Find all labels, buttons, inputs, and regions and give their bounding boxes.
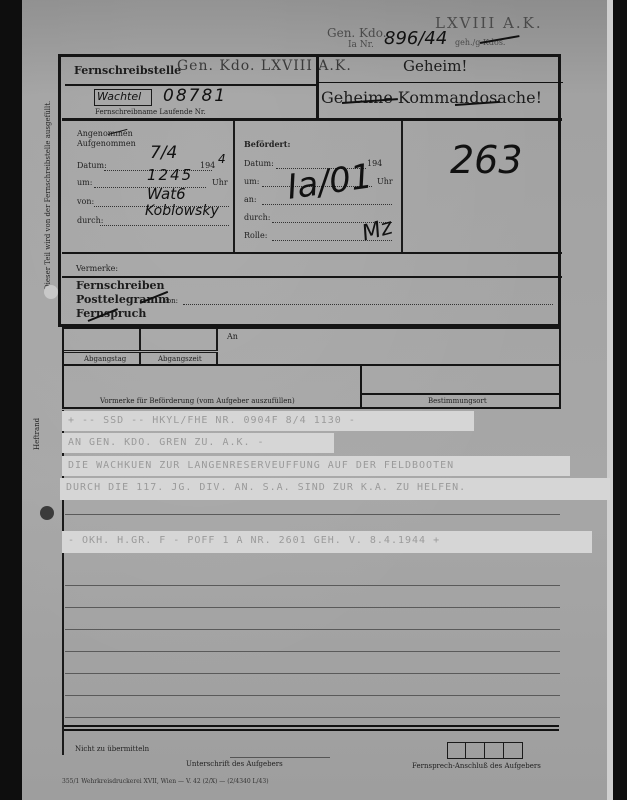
abgangszeit-label: Abgangszeit — [158, 355, 202, 363]
geheim-label: Geheim! — [403, 57, 467, 75]
geheim-underline — [318, 82, 563, 83]
ruled-line — [65, 717, 560, 718]
geheime-kommandosache-label: Geheime Kommandosache! — [321, 88, 542, 107]
fernschreibstelle-value: Gen. Kdo. LXVIII A.K. — [177, 58, 352, 74]
row-divider — [361, 393, 560, 395]
von-value: Wat6 — [147, 185, 186, 203]
punch-hole — [44, 285, 58, 299]
uhr-label: Uhr — [212, 178, 228, 187]
side-instruction-text: Dieser Teil wird von der Fernschreibstel… — [44, 101, 52, 290]
year-prefix: 194 — [200, 161, 215, 170]
type-fernschreiben: Fernschreiben — [76, 279, 170, 293]
aufgenommen-heading: Aufgenommen — [77, 139, 136, 148]
an-label: An — [227, 332, 238, 341]
phone-digit-box[interactable] — [447, 742, 466, 759]
heftrand-label: Heftrand — [33, 418, 41, 450]
bef-durch-label: durch: — [244, 213, 270, 222]
durch-label: durch: — [77, 216, 103, 225]
ruled-line — [65, 629, 560, 630]
gen-kdo-stamp: Gen. Kdo. — [327, 26, 387, 40]
phone-digit-box[interactable] — [466, 742, 485, 759]
phone-number-boxes[interactable] — [447, 742, 523, 759]
signature-line — [230, 757, 330, 758]
fernschreibname-value: Wachtel — [97, 90, 141, 103]
bef-rolle-label: Rolle: — [244, 231, 267, 240]
type-von-label: von: — [163, 297, 178, 305]
teletype-strip: DIE WACHKUEN ZUR LANGENRESERVEUFFUNG AUF… — [62, 456, 570, 476]
phone-digit-box[interactable] — [504, 742, 523, 759]
durch-value: Koblowsky — [145, 203, 219, 219]
nicht-zu-uebermitteln-label: Nicht zu übermitteln — [75, 745, 149, 753]
datum-label: Datum: — [77, 161, 107, 170]
bef-um-label: um: — [244, 177, 259, 186]
bef-uhr-label: Uhr — [377, 177, 393, 186]
bef-an-label: an: — [244, 195, 257, 204]
abgangstag-field[interactable] — [64, 329, 141, 351]
page-edge — [607, 0, 613, 800]
bestimmungsort-label: Bestimmungsort — [428, 397, 487, 405]
abgangstag-label: Abgangstag — [84, 355, 126, 363]
ruled-line — [65, 695, 560, 696]
um-label: um: — [77, 178, 92, 187]
corps-stamp: LXVIII A.K. — [435, 14, 543, 32]
transmission-type-list: Fernschreiben Posttelegramm Fernspruch — [76, 279, 170, 321]
teletype-strip: + -- SSD -- HKYL/FHE NR. 0904F 8/4 1130 … — [62, 411, 474, 431]
ia-nr-label: Ia Nr. — [348, 40, 374, 50]
durch-line — [100, 225, 229, 226]
um-value: 1245 — [147, 166, 193, 184]
datum-value: 7/4 — [150, 143, 177, 163]
laufende-nr-value: 08781 — [163, 86, 227, 106]
ruled-line — [65, 514, 560, 515]
fernschreibstelle-label: Fernschreibstelle — [74, 64, 181, 77]
row-divider — [62, 252, 562, 254]
fernschreibname-caption: Fernschreibname Laufende Nr. — [95, 108, 206, 116]
abgangszeit-field[interactable] — [141, 329, 218, 351]
printer-imprint: 355/1 Wehrkreisdruckerei XVII, Wien — V.… — [62, 778, 269, 785]
bef-an-line — [262, 204, 392, 205]
double-rule-bottom — [64, 729, 559, 731]
type-von-line — [183, 304, 553, 305]
punch-hole — [40, 506, 54, 520]
row-divider — [62, 276, 562, 278]
header-divider — [316, 56, 319, 120]
teletype-strip: DURCH DIE 117. JG. DIV. AN. S.A. SIND ZU… — [60, 478, 610, 500]
message-number: 263 — [450, 138, 523, 182]
row-divider — [64, 364, 560, 366]
vormerke-label: Vormerke für Beförderung (vom Aufgeber a… — [100, 397, 295, 405]
vermerke-label: Vermerke: — [76, 264, 118, 273]
ruled-line — [65, 607, 560, 608]
ruled-line — [65, 651, 560, 652]
bef-datum-label: Datum: — [244, 159, 274, 168]
phone-digit-box[interactable] — [485, 742, 504, 759]
double-rule-top — [64, 725, 559, 727]
teletype-strip: AN GEN. KDO. GREN ZU. A.K. - — [62, 433, 334, 453]
befoerdert-heading: Befördert: — [244, 139, 290, 149]
von-label: von: — [77, 197, 94, 206]
col-divider — [360, 365, 362, 408]
ia-nr-value: 896/44 — [384, 28, 447, 49]
ruled-line — [65, 673, 560, 674]
ruled-line — [65, 585, 560, 586]
year-suffix: 4 — [218, 152, 226, 166]
teletype-strip: - OKH. H.GR. F - POFF 1 A NR. 2601 GEH. … — [62, 531, 592, 553]
unterschrift-label[interactable]: Unterschrift des Aufgebers — [186, 760, 283, 768]
fernsprech-label: Fernsprech-Anschluß des Aufgebers — [412, 762, 541, 770]
